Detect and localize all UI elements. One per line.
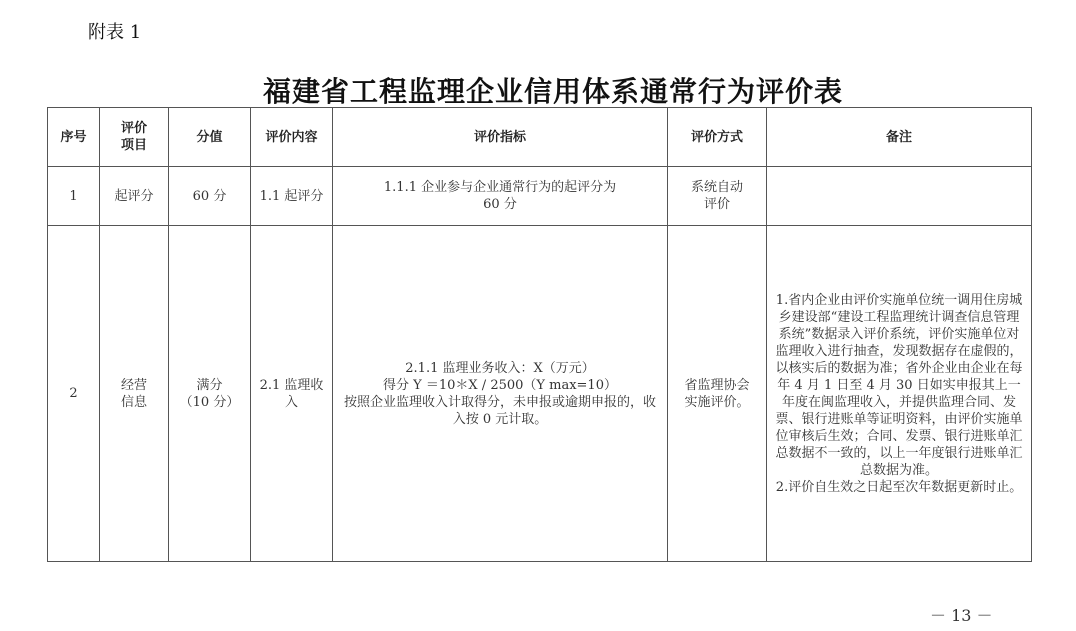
header-item: 评价 项目 [100,108,169,167]
header-method: 评价方式 [668,108,767,167]
cell-seq: 1 [48,167,100,226]
cell-seq: 2 [48,226,100,562]
header-indicator: 评价指标 [333,108,668,167]
cell-note: 1.省内企业由评价实施单位统一调用住房城乡建设部“建设工程监理统计调查信息管理系… [767,226,1032,562]
page-number: － 13 － [930,603,993,626]
header-score: 分值 [169,108,251,167]
table-row: 1 起评分 60 分 1.1 起评分 1.1.1 企业参与企业通常行为的起评分为… [48,167,1032,226]
cell-indicator: 2.1.1 监理业务收入：X（万元） 得分 Y ＝10＊X / 2500（Y m… [333,226,668,562]
cell-content: 2.1 监理收 入 [251,226,333,562]
header-content: 评价内容 [251,108,333,167]
cell-indicator: 1.1.1 企业参与企业通常行为的起评分为 60 分 [333,167,668,226]
cell-item: 经营 信息 [100,226,169,562]
header-row: 序号 评价 项目 分值 评价内容 评价指标 评价方式 备注 [48,108,1032,167]
header-note: 备注 [767,108,1032,167]
appendix-label: 附表 1 [88,18,141,44]
table-row: 2 经营 信息 满分 （10 分） 2.1 监理收 入 2.1.1 监理业务收入… [48,226,1032,562]
evaluation-table: 序号 评价 项目 分值 评价内容 评价指标 评价方式 备注 1 起评分 60 分… [47,107,1032,562]
cell-method: 省监理协会 实施评价。 [668,226,767,562]
cell-item: 起评分 [100,167,169,226]
cell-score: 满分 （10 分） [169,226,251,562]
header-seq: 序号 [48,108,100,167]
cell-method: 系统自动 评价 [668,167,767,226]
cell-score: 60 分 [169,167,251,226]
page-title: 福建省工程监理企业信用体系通常行为评价表 [0,70,1076,110]
cell-note [767,167,1032,226]
cell-content: 1.1 起评分 [251,167,333,226]
